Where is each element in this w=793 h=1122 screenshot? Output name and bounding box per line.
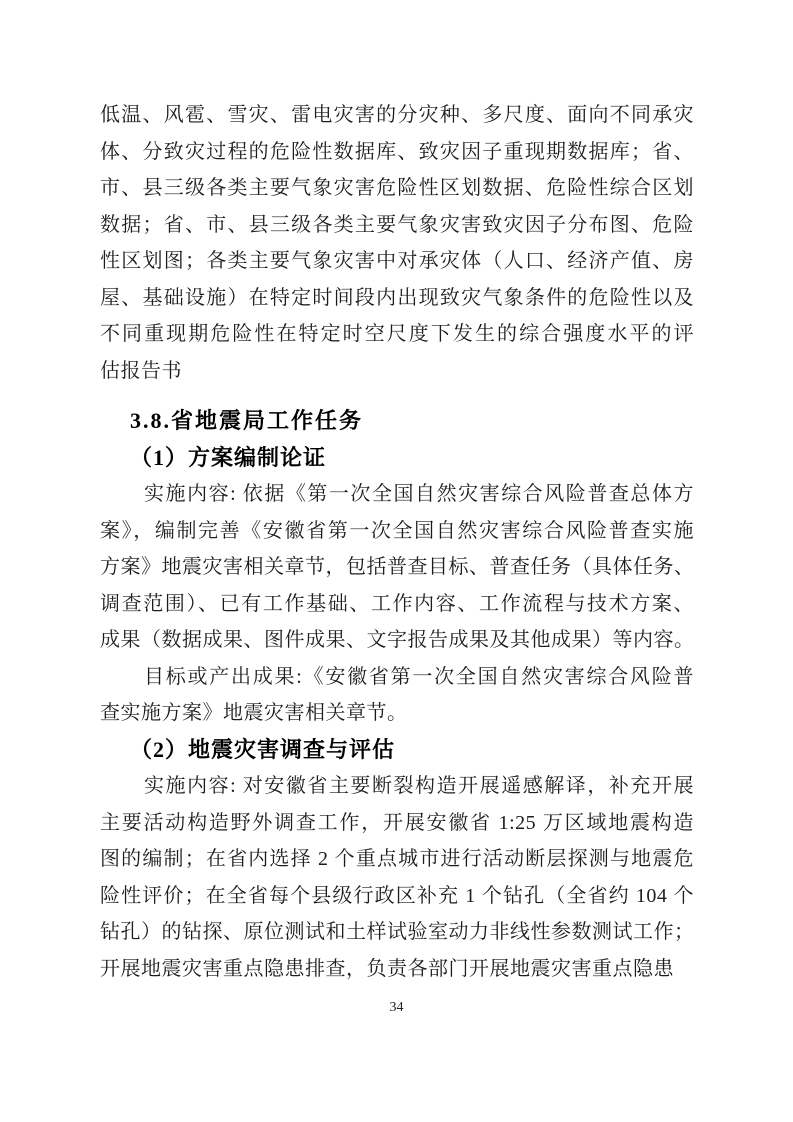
- para-implementation-content-2: 实施内容: 对安徽省主要断裂构造开展遥感解译，补充开展 主要活动构造野外调查工作…: [100, 768, 694, 987]
- text-line: 实施内容: 对安徽省主要断裂构造开展遥感解译，补充开展: [100, 768, 694, 805]
- para-meteorology-outputs: 低温、风雹、雪灾、雷电灾害的分灾种、多尺度、面向不同承灾 体、分致灾过程的危险性…: [100, 97, 694, 389]
- text-line: 数据；省、市、县三级各类主要气象灾害致灾因子分布图、危险: [100, 207, 694, 244]
- text-line: 估报告书: [100, 353, 694, 390]
- text-line: 实施内容: 依据《第一次全国自然灾害综合风险普查总体方: [100, 476, 694, 513]
- text-line: 案》，编制完善《安徽省第一次全国自然灾害综合风险普查实施: [100, 513, 694, 550]
- page-body: 低温、风雹、雪灾、雷电灾害的分灾种、多尺度、面向不同承灾 体、分致灾过程的危险性…: [100, 97, 694, 987]
- text-line: 不同重现期危险性在特定时空尺度下发生的综合强度水平的评: [100, 316, 694, 353]
- text-line: 体、分致灾过程的危险性数据库、致灾因子重现期数据库；省、: [100, 134, 694, 171]
- text-line: 调查范围）、已有工作基础、工作内容、工作流程与技术方案、: [100, 586, 694, 623]
- section-heading-3-8: 3.8.省地震局工作任务: [130, 403, 694, 440]
- text-line: 市、县三级各类主要气象灾害危险性区划数据、危险性综合区划: [100, 170, 694, 207]
- para-target-outputs: 目标或产出成果:《安徽省第一次全国自然灾害综合风险普 查实施方案》地震灾害相关章…: [100, 659, 694, 732]
- text-line: 查实施方案》地震灾害相关章节。: [100, 695, 694, 732]
- text-line: 低温、风雹、雪灾、雷电灾害的分灾种、多尺度、面向不同承灾: [100, 97, 694, 134]
- text-line: 成果（数据成果、图件成果、文字报告成果及其他成果）等内容。: [100, 622, 694, 659]
- text-line: 钻孔）的钻探、原位测试和土样试验室动力非线性参数测试工作；: [100, 914, 694, 951]
- para-implementation-content-1: 实施内容: 依据《第一次全国自然灾害综合风险普查总体方 案》，编制完善《安徽省第…: [100, 476, 694, 659]
- subsection-heading-1: （1）方案编制论证: [130, 440, 694, 477]
- text-line: 主要活动构造野外调查工作，开展安徽省 1:25 万区域地震构造: [100, 805, 694, 842]
- text-line: 目标或产出成果:《安徽省第一次全国自然灾害综合风险普: [100, 659, 694, 696]
- text-line: 性区划图；各类主要气象灾害中对承灾体（人口、经济产值、房: [100, 243, 694, 280]
- text-line: 方案》地震灾害相关章节，包括普查目标、普查任务（具体任务、: [100, 549, 694, 586]
- subsection-heading-2: （2）地震灾害调查与评估: [130, 732, 694, 769]
- text-line: 图的编制；在省内选择 2 个重点城市进行活动断层探测与地震危: [100, 841, 694, 878]
- text-line: 险性评价；在全省每个县级行政区补充 1 个钻孔（全省约 104 个: [100, 878, 694, 915]
- document-page: 低温、风雹、雪灾、雷电灾害的分灾种、多尺度、面向不同承灾 体、分致灾过程的危险性…: [0, 0, 793, 1122]
- page-number: 34: [0, 1000, 793, 1016]
- text-line: 屋、基础设施）在特定时间段内出现致灾气象条件的危险性以及: [100, 280, 694, 317]
- text-line: 开展地震灾害重点隐患排查，负责各部门开展地震灾害重点隐患: [100, 951, 694, 988]
